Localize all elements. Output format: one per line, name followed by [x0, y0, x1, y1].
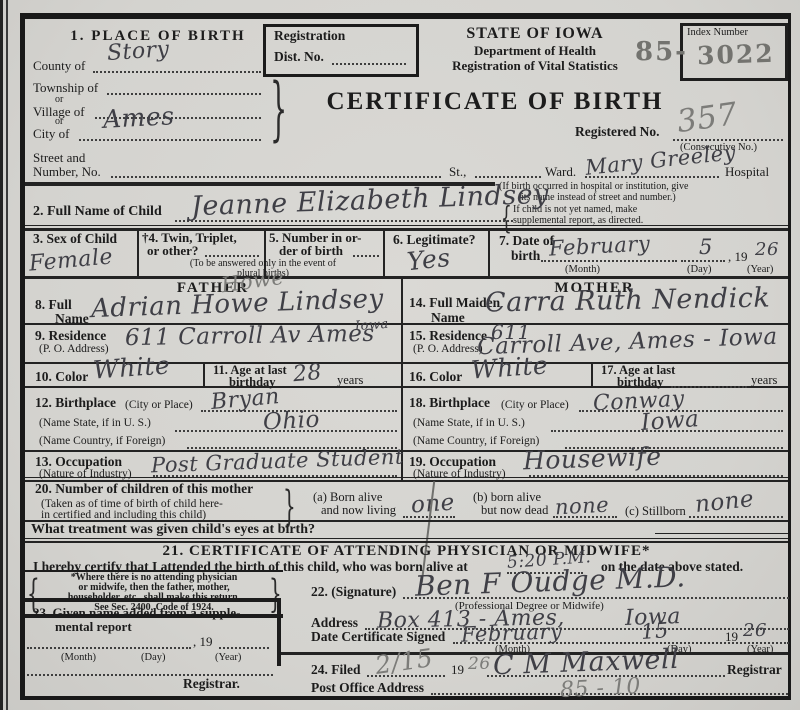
- dob-day-line: [681, 260, 725, 262]
- mother-residence-sub: (P. O. Address): [413, 343, 483, 355]
- filed-label: 24. Filed: [311, 663, 361, 677]
- registered-no-label: Registered No.: [575, 125, 659, 139]
- twin-label-2: or other?: [147, 244, 198, 258]
- dob-label-1: 7. Date of: [499, 234, 554, 248]
- column-divider: [591, 362, 593, 386]
- father-state-label: (Name State, if in U. S.): [39, 417, 151, 429]
- dob-day-handwriting: 5: [699, 237, 713, 258]
- rule: [25, 538, 788, 539]
- now-dead-handwriting: none: [554, 495, 609, 519]
- mother-birthplace-label: 18. Birthplace: [409, 396, 490, 410]
- father-residence-sub: (P. O. Address): [39, 343, 109, 355]
- child-name-handwriting: Jeanne Elizabeth Lindsey: [191, 181, 550, 220]
- registered-no-handwriting: 357: [675, 99, 739, 138]
- child-name-label: 2. Full Name of Child: [33, 205, 162, 220]
- ward-label: Ward.: [545, 165, 576, 179]
- twin-line: [205, 255, 259, 257]
- dob-month-line: [541, 260, 677, 262]
- father-birthplace-sub: (City or Place): [125, 399, 193, 411]
- now-dead-label-2: but now dead: [481, 504, 548, 517]
- father-birthplace-label: 12. Birthplace: [35, 396, 116, 410]
- index-number-label: Index Number: [687, 27, 748, 38]
- certificate-sheet: 1. PLACE OF BIRTH County of Story Townsh…: [20, 13, 791, 700]
- mother-state-label: (Name State, if in U. S.): [413, 417, 525, 429]
- father-country-label: (Name Country, if Foreign): [39, 435, 165, 447]
- dob-year-prefix: , 19: [728, 250, 748, 264]
- date-signed-year-handwriting: 26: [743, 622, 767, 640]
- mother-state-handwriting: Iowa: [640, 408, 700, 435]
- state-title: STATE OF IOWA: [415, 26, 655, 43]
- eyes-question: What treatment was given child's eyes at…: [31, 523, 315, 538]
- dob-day-caption: (Day): [687, 264, 712, 275]
- index-prefix-stamp: 85-: [635, 37, 688, 67]
- father-state-handwriting: Ohio: [262, 409, 320, 435]
- film-edge-line: [0, 0, 3, 710]
- supplemental-label-1: 23. Given name added from a supple-: [33, 606, 240, 620]
- father-residence-label: 9. Residence: [35, 329, 106, 343]
- father-color-label: 10. Color: [35, 370, 88, 384]
- mother-color-handwriting: White: [470, 352, 549, 382]
- hospital-label: Hospital: [725, 165, 769, 179]
- place-brace: }: [270, 77, 287, 146]
- county-value-handwriting: Story: [106, 39, 170, 65]
- city-line: [79, 139, 261, 141]
- dist-no-line: [332, 63, 406, 65]
- supplemental-year-prefix: , 19: [193, 635, 213, 649]
- index-number-box: Index Number 3022: [680, 23, 788, 81]
- father-residence-state-handwriting: Iowa: [355, 318, 390, 333]
- filed-year-handwriting: 26: [468, 656, 491, 673]
- hospital-value-handwriting: Mary Greeley: [584, 142, 737, 179]
- date-signed-label: Date Certificate Signed: [311, 630, 445, 644]
- physician-section-title: 21. CERTIFICATE OF ATTENDING PHYSICIAN O…: [25, 544, 788, 560]
- physician-signature-handwriting: Ben F Oudge M.D.: [415, 563, 686, 600]
- stillborn-label: (c) Stillborn: [625, 505, 686, 518]
- father-age-handwriting: 28: [292, 362, 323, 386]
- date-signed-month-handwriting: February: [461, 621, 563, 646]
- city-value-handwriting: Ames: [102, 103, 175, 132]
- post-office-label: Post Office Address: [311, 681, 424, 695]
- rule: [25, 477, 788, 478]
- st-label: St.,: [449, 165, 466, 179]
- dob-month-handwriting: February: [549, 233, 651, 259]
- mother-name-handwriting: Carra Ruth Nendick: [485, 285, 771, 317]
- city-label: City of: [33, 127, 69, 141]
- post-office-pencil-code: 85 - 10: [559, 676, 641, 702]
- father-occupation-sub: (Nature of Industry): [39, 468, 132, 480]
- scanned-birth-certificate: 1. PLACE OF BIRTH County of Story Townsh…: [0, 0, 800, 710]
- stillborn-handwriting: none: [694, 488, 755, 517]
- rule: [25, 225, 788, 226]
- mother-residence-label: 15. Residence: [409, 329, 487, 343]
- supplemental-day-caption: (Day): [141, 652, 166, 663]
- sex-value-handwriting: Female: [28, 246, 114, 275]
- registration-label: Registration: [274, 29, 345, 43]
- film-edge-line: [6, 0, 8, 710]
- born-alive-label-2: and now living: [321, 504, 396, 517]
- street-line: [111, 176, 441, 178]
- supplemental-date-line: [27, 647, 191, 649]
- filed-date-handwriting: 2/15: [374, 645, 435, 678]
- registration-district-box: Registration Dist. No.: [263, 24, 419, 77]
- supplemental-name-box: 23. Given name added from a supple- ment…: [25, 598, 281, 666]
- department-line: Department of Health: [415, 44, 655, 58]
- dob-year-handwriting: 26: [755, 241, 779, 259]
- vital-statistics-line: Registration of Vital Statistics: [415, 59, 655, 73]
- township-label: Township of: [33, 81, 98, 95]
- rule: [25, 276, 788, 279]
- county-label: County of: [33, 59, 85, 73]
- dob-month-caption: (Month): [565, 264, 600, 275]
- street-label-2: Number, No.: [33, 165, 101, 179]
- supplemental-label-2: mental report: [55, 620, 132, 634]
- county-line: [93, 71, 261, 73]
- township-line: [107, 93, 261, 95]
- dist-no-label: Dist. No.: [274, 50, 324, 64]
- dob-label-2: birth: [511, 249, 540, 263]
- supplemental-month-caption: (Month): [61, 652, 96, 663]
- mother-occupation-handwriting: Housewife: [523, 444, 662, 474]
- father-occupation-handwriting: Post Graduate Student: [151, 447, 404, 477]
- registrar-label-right: Registrar: [727, 663, 782, 677]
- registrar-label-left: Registrar.: [183, 677, 240, 691]
- mother-years-label: years: [751, 374, 777, 387]
- date-signed-day-handwriting: 15: [640, 620, 669, 643]
- rule: [25, 450, 788, 452]
- date-signed-year-prefix: 19: [725, 630, 738, 644]
- father-color-handwriting: White: [92, 352, 171, 382]
- father-residence-handwriting: 611 Carroll Av Ames: [125, 323, 375, 350]
- ward-line: [475, 176, 541, 178]
- street-label-1: Street and: [33, 151, 85, 165]
- rule: [25, 228, 788, 231]
- supplemental-year-line: [219, 647, 269, 649]
- mother-birthplace-sub: (City or Place): [501, 399, 569, 411]
- mother-occupation-sub: (Nature of Industry): [413, 468, 506, 480]
- mother-color-label: 16. Color: [409, 370, 462, 384]
- mother-country-label: (Name Country, if Foreign): [413, 435, 539, 447]
- children-count-title: 20. Number of children of this mother: [35, 482, 253, 496]
- supplemental-year-caption: (Year): [215, 652, 241, 663]
- registrar-signature-handwriting: C M Maxwell: [493, 646, 680, 679]
- order-label-2: der of birth: [279, 244, 343, 258]
- filed-year-prefix: 19: [451, 663, 464, 677]
- signature-label: 22. (Signature): [311, 585, 396, 599]
- legitimate-value-handwriting: Yes: [406, 245, 452, 274]
- eyes-answer-line: [655, 533, 788, 534]
- certificate-title: CERTIFICATE OF BIRTH: [325, 89, 665, 115]
- column-divider: [203, 362, 205, 386]
- dob-year-caption: (Year): [747, 264, 773, 275]
- order-line: [353, 255, 379, 257]
- index-number-stamp: 3022: [697, 39, 776, 71]
- mother-name-label-2: Name: [431, 311, 465, 325]
- column-divider: [488, 230, 490, 276]
